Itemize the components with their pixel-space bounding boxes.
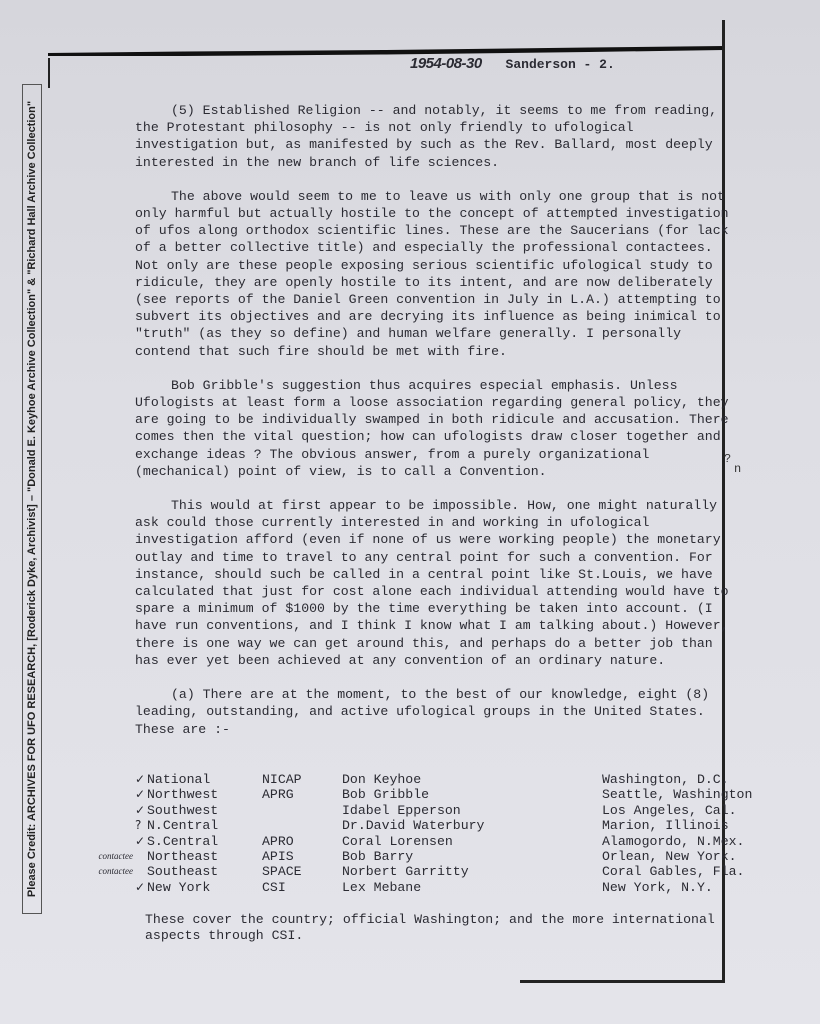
handwritten-note bbox=[80, 880, 135, 895]
location: Washington, D.C. bbox=[602, 772, 820, 787]
contact-person: Norbert Garritty bbox=[342, 864, 602, 879]
paragraph-established-religion: (5) Established Religion -- and notably,… bbox=[135, 102, 735, 171]
contact-person: Idabel Epperson bbox=[342, 803, 602, 818]
contact-person: Bob Barry bbox=[342, 849, 602, 864]
page-edge-left bbox=[48, 58, 50, 88]
location: Los Angeles, Cal. bbox=[602, 803, 820, 818]
location: Seattle, Washington bbox=[602, 787, 820, 802]
page-edge-bottom bbox=[520, 980, 725, 983]
location: Orlean, New York. bbox=[602, 849, 820, 864]
list-item: contactee Northeast APIS Bob Barry Orlea… bbox=[80, 849, 820, 864]
organization bbox=[262, 818, 342, 833]
organization: APIS bbox=[262, 849, 342, 864]
organization: APRO bbox=[262, 834, 342, 849]
region: Northeast bbox=[147, 849, 262, 864]
paragraph-gribble-suggestion: Bob Gribble's suggestion thus acquires e… bbox=[135, 377, 735, 480]
location: Coral Gables, Fla. bbox=[602, 864, 820, 879]
contact-person: Lex Mebane bbox=[342, 880, 602, 895]
margin-mark: n bbox=[734, 462, 741, 476]
page-label: Sanderson - 2. bbox=[506, 57, 615, 72]
paragraph-convention-cost: This would at first appear to be impossi… bbox=[135, 497, 735, 669]
check-mark-icon: ✓ bbox=[135, 787, 147, 802]
list-item: ✓ Northwest APRG Bob Gribble Seattle, Wa… bbox=[80, 787, 820, 802]
organization: APRG bbox=[262, 787, 342, 802]
location: New York, N.Y. bbox=[602, 880, 820, 895]
handwritten-note bbox=[80, 834, 135, 849]
check-mark-icon: ✓ bbox=[135, 803, 147, 818]
check-mark-icon: ✓ bbox=[135, 834, 147, 849]
check-mark-icon: ✓ bbox=[135, 772, 147, 787]
list-item: contactee Southeast SPACE Norbert Garrit… bbox=[80, 864, 820, 879]
location: Marion, Illinois bbox=[602, 818, 820, 833]
handwritten-note: contactee bbox=[80, 849, 135, 864]
list-item: ✓ National NICAP Don Keyhoe Washington, … bbox=[80, 772, 820, 787]
question-mark-icon: ? bbox=[135, 818, 147, 833]
region: New York bbox=[147, 880, 262, 895]
handwritten-date-stamp: 1954-08-30 bbox=[410, 55, 482, 72]
archive-credit-text: Please Credit: ARCHIVES FOR UFO RESEARCH… bbox=[26, 101, 38, 897]
list-item: ? N.Central Dr.David Waterbury Marion, I… bbox=[80, 818, 820, 833]
organization: NICAP bbox=[262, 772, 342, 787]
location: Alamogordo, N.Mex. bbox=[602, 834, 820, 849]
archive-credit-box: Please Credit: ARCHIVES FOR UFO RESEARCH… bbox=[22, 84, 42, 914]
paragraph-saucerians: The above would seem to me to leave us w… bbox=[135, 188, 735, 360]
region: National bbox=[147, 772, 262, 787]
handwritten-note bbox=[80, 818, 135, 833]
paragraph-groups-intro: (a) There are at the moment, to the best… bbox=[135, 686, 735, 738]
region: S.Central bbox=[147, 834, 262, 849]
region: Southeast bbox=[147, 864, 262, 879]
check-mark-icon bbox=[135, 849, 147, 864]
contact-person: Dr.David Waterbury bbox=[342, 818, 602, 833]
handwritten-note bbox=[80, 803, 135, 818]
list-item: ✓ New York CSI Lex Mebane New York, N.Y. bbox=[80, 880, 820, 895]
organization: SPACE bbox=[262, 864, 342, 879]
ufo-groups-list: ✓ National NICAP Don Keyhoe Washington, … bbox=[80, 772, 820, 895]
contact-person: Bob Gribble bbox=[342, 787, 602, 802]
closing-paragraph: These cover the country; official Washin… bbox=[145, 912, 745, 943]
organization: CSI bbox=[262, 880, 342, 895]
region: Southwest bbox=[147, 803, 262, 818]
list-item: ✓ S.Central APRO Coral Lorensen Alamogor… bbox=[80, 834, 820, 849]
check-mark-icon bbox=[135, 864, 147, 879]
organization bbox=[262, 803, 342, 818]
region: N.Central bbox=[147, 818, 262, 833]
handwritten-note bbox=[80, 787, 135, 802]
check-mark-icon: ✓ bbox=[135, 880, 147, 895]
region: Northwest bbox=[147, 787, 262, 802]
handwritten-note bbox=[80, 772, 135, 787]
handwritten-note: contactee bbox=[80, 864, 135, 879]
contact-person: Don Keyhoe bbox=[342, 772, 602, 787]
letter-body: (5) Established Religion -- and notably,… bbox=[135, 102, 735, 755]
contact-person: Coral Lorensen bbox=[342, 834, 602, 849]
page-header: 1954-08-30 Sanderson - 2. bbox=[410, 55, 615, 72]
list-item: ✓ Southwest Idabel Epperson Los Angeles,… bbox=[80, 803, 820, 818]
margin-mark: ? bbox=[724, 452, 731, 466]
